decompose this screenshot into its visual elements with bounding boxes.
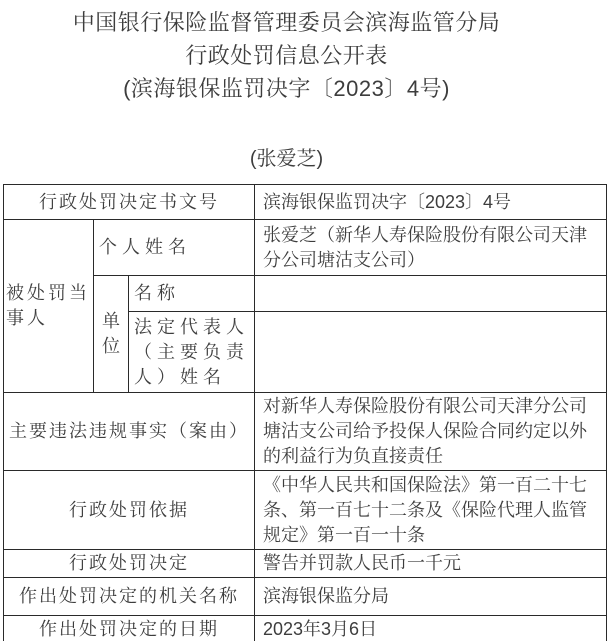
- violation-facts-label: 主要违法违规事实（案由）: [4, 393, 255, 471]
- penalty-basis-value: 《中华人民共和国保险法》第一百二十七条、第一百七十二条及《保险代理人监管规定》第…: [255, 471, 607, 550]
- punished-party-label: 被处罚当事人: [4, 220, 94, 393]
- row-violation-facts: 主要违法违规事实（案由） 对新华人寿保险股份有限公司天津分公司塘沽支公司给予投保…: [4, 393, 607, 471]
- row-penalty-decision: 行政处罚决定 警告并罚款人民币一千元: [4, 550, 607, 578]
- penalty-decision-value: 警告并罚款人民币一千元: [255, 550, 607, 578]
- individual-name-label: 个人姓名: [94, 220, 255, 276]
- decision-date-label: 作出处罚决定的日期: [4, 616, 255, 641]
- subject-name: (张爱芝): [0, 146, 573, 172]
- row-org-name: 单位 名称: [4, 276, 607, 312]
- organization-label: 单位: [94, 276, 129, 393]
- deciding-authority-label: 作出处罚决定的机关名称: [4, 578, 255, 616]
- legal-representative-label: 法定代表人（主要负责人）姓名: [129, 312, 255, 393]
- violation-facts-value: 对新华人寿保险股份有限公司天津分公司塘沽支公司给予投保人保险合同约定以外的利益行…: [255, 393, 607, 471]
- legal-representative-value: [255, 312, 607, 393]
- org-name-value: [255, 276, 607, 312]
- row-deciding-authority: 作出处罚决定的机关名称 滨海银保监分局: [4, 578, 607, 616]
- org-name-label: 名称: [129, 276, 255, 312]
- doc-number-value: 滨海银保监罚决字〔2023〕4号: [255, 185, 607, 220]
- penalty-decision-label: 行政处罚决定: [4, 550, 255, 578]
- decision-date-value: 2023年3月6日: [255, 616, 607, 641]
- title-doc-number: (滨海银保监罚决字〔2023〕4号): [0, 72, 573, 105]
- row-individual-name: 被处罚当事人 个人姓名 张爱芝（新华人寿保险股份有限公司天津分公司塘沽支公司）: [4, 220, 607, 276]
- doc-number-label: 行政处罚决定书文号: [4, 185, 255, 220]
- row-doc-number: 行政处罚决定书文号 滨海银保监罚决字〔2023〕4号: [4, 185, 607, 220]
- deciding-authority-value: 滨海银保监分局: [255, 578, 607, 616]
- document-header: 中国银行保险监督管理委员会滨海监管分局 行政处罚信息公开表 (滨海银保监罚决字〔…: [0, 0, 609, 172]
- title-authority: 中国银行保险监督管理委员会滨海监管分局: [0, 6, 573, 39]
- row-decision-date: 作出处罚决定的日期 2023年3月6日: [4, 616, 607, 641]
- row-penalty-basis: 行政处罚依据 《中华人民共和国保险法》第一百二十七条、第一百七十二条及《保险代理…: [4, 471, 607, 550]
- penalty-info-table: 行政处罚决定书文号 滨海银保监罚决字〔2023〕4号 被处罚当事人 个人姓名 张…: [3, 184, 607, 641]
- penalty-basis-label: 行政处罚依据: [4, 471, 255, 550]
- title-document-type: 行政处罚信息公开表: [0, 39, 573, 72]
- individual-name-value: 张爱芝（新华人寿保险股份有限公司天津分公司塘沽支公司）: [255, 220, 607, 276]
